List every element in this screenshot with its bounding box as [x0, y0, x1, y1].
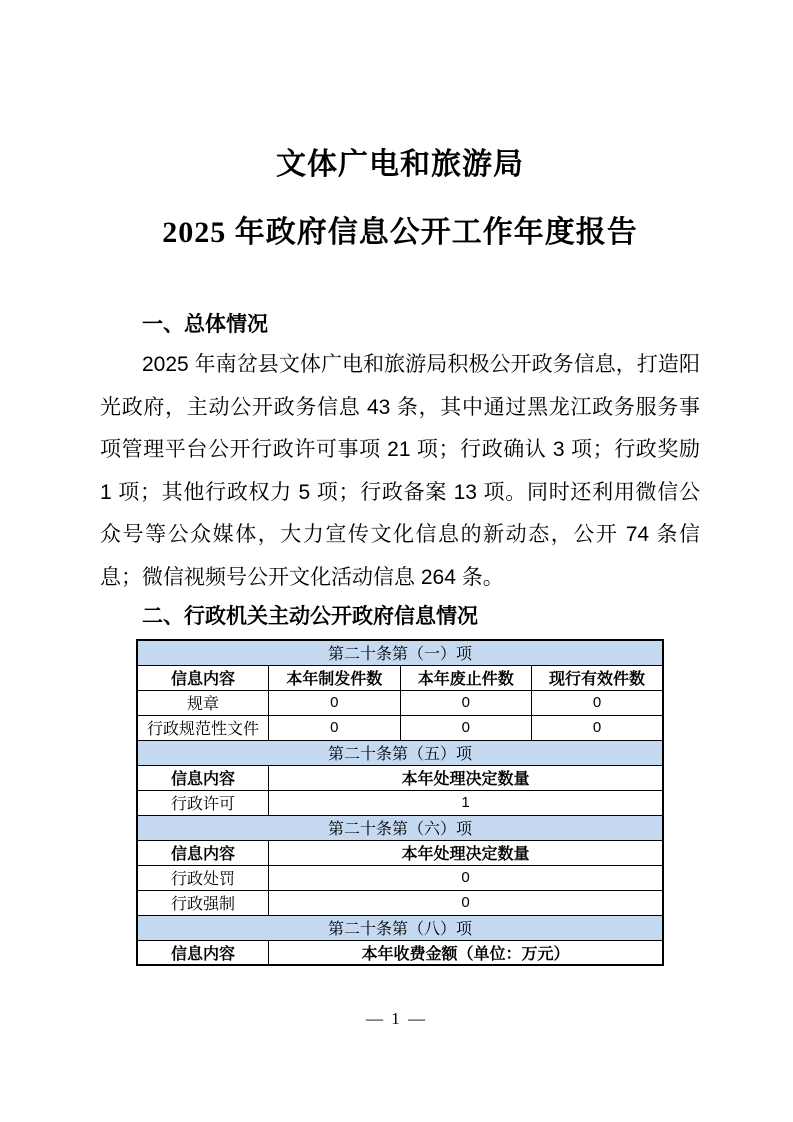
document-page: 文体广电和旅游局 2025 年政府信息公开工作年度报告 一、总体情况 2025 … [0, 0, 793, 1122]
table-cell-value: 0 [532, 715, 664, 740]
table-section-title: 第二十条第（八）项 [137, 915, 663, 940]
table-cell-value: 0 [269, 865, 664, 890]
table-column-header: 信息内容 [137, 840, 269, 865]
table-column-header: 本年制发件数 [269, 665, 401, 690]
overview-paragraph: 2025 年南岔县文体广电和旅游局积极公开政务信息，打造阳光政府，主动公开政务信… [100, 344, 700, 599]
document-title-line1: 文体广电和旅游局 [100, 145, 700, 185]
section-heading-disclosure: 二、行政机关主动公开政府信息情况 [100, 603, 700, 630]
table-cell-value: 0 [269, 690, 401, 715]
table-section-title: 第二十条第（五）项 [137, 740, 663, 765]
table-row-label: 行政处罚 [137, 865, 269, 890]
section-heading-overview: 一、总体情况 [100, 311, 700, 338]
table-cell-value: 0 [400, 715, 532, 740]
table-section-title-row: 第二十条第（一）项 [137, 640, 663, 665]
table-cell-value: 1 [269, 790, 664, 815]
table-row-label: 规章 [137, 690, 269, 715]
table-cell-value: 0 [269, 715, 401, 740]
table-column-header: 本年废止件数 [400, 665, 532, 690]
table-cell-value: 0 [532, 690, 664, 715]
table-column-header: 信息内容 [137, 665, 269, 690]
disclosure-table: 第二十条第（一）项信息内容本年制发件数本年废止件数现行有效件数规章000行政规范… [136, 639, 664, 966]
page-number: — 1 — [0, 1009, 793, 1029]
table-row-label: 行政规范性文件 [137, 715, 269, 740]
table-column-header-row: 信息内容本年收费金额（单位：万元） [137, 940, 663, 965]
table-row: 行政处罚0 [137, 865, 663, 890]
table-section-title-row: 第二十条第（八）项 [137, 915, 663, 940]
table-column-header-row: 信息内容本年制发件数本年废止件数现行有效件数 [137, 665, 663, 690]
table-row: 行政规范性文件000 [137, 715, 663, 740]
table-cell-value: 0 [400, 690, 532, 715]
document-title-line2: 2025 年政府信息公开工作年度报告 [100, 213, 700, 253]
table-column-header: 信息内容 [137, 765, 269, 790]
table-column-header: 本年收费金额（单位：万元） [269, 940, 664, 965]
table-column-header: 本年处理决定数量 [269, 840, 664, 865]
table-row-label: 行政许可 [137, 790, 269, 815]
table-column-header: 本年处理决定数量 [269, 765, 664, 790]
table-column-header: 信息内容 [137, 940, 269, 965]
table-section-title: 第二十条第（六）项 [137, 815, 663, 840]
table-section-title-row: 第二十条第（六）项 [137, 815, 663, 840]
table-row: 规章000 [137, 690, 663, 715]
table-section-title-row: 第二十条第（五）项 [137, 740, 663, 765]
table-section-title: 第二十条第（一）项 [137, 640, 663, 665]
table-row-label: 行政强制 [137, 890, 269, 915]
table-column-header: 现行有效件数 [532, 665, 664, 690]
table-column-header-row: 信息内容本年处理决定数量 [137, 765, 663, 790]
table-cell-value: 0 [269, 890, 664, 915]
table-row: 行政强制0 [137, 890, 663, 915]
table-column-header-row: 信息内容本年处理决定数量 [137, 840, 663, 865]
table-row: 行政许可1 [137, 790, 663, 815]
